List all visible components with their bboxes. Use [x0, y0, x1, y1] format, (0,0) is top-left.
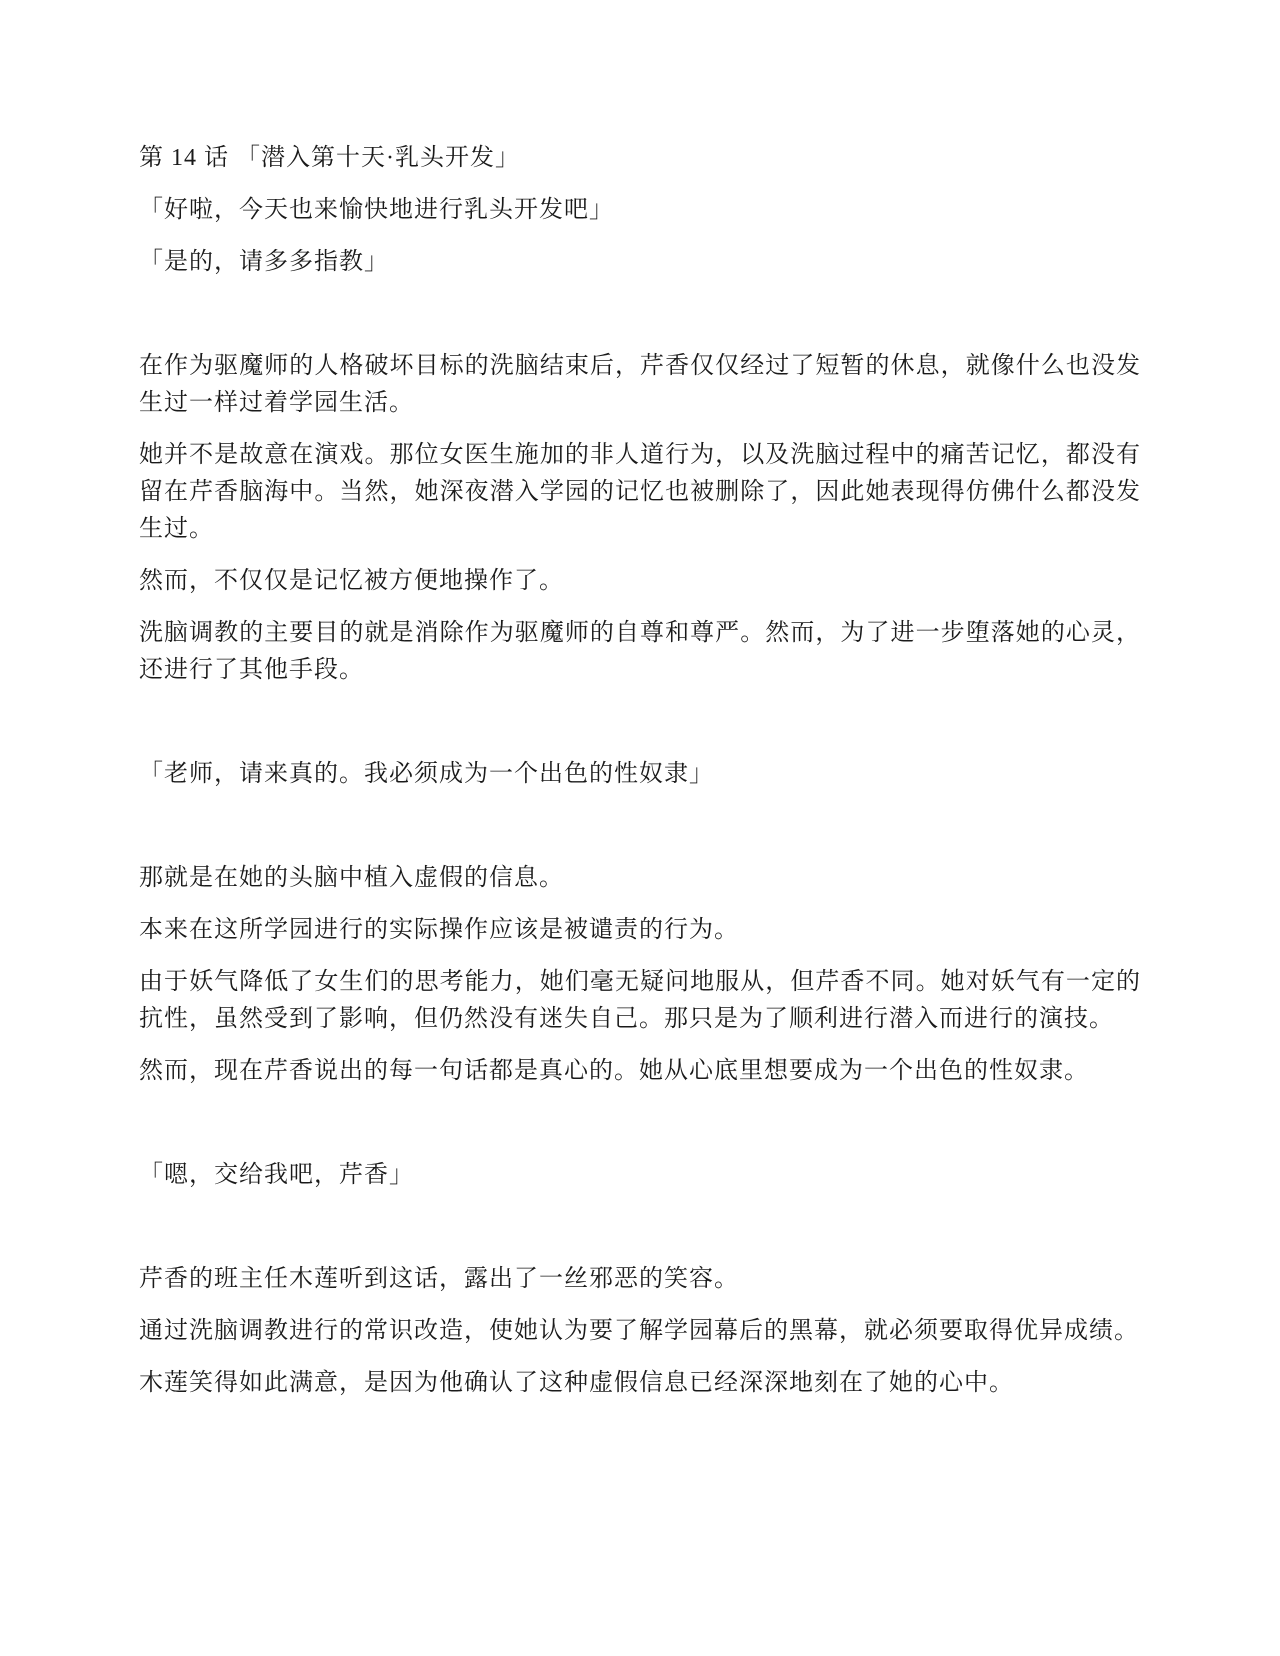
dialogue-line: 「嗯，交给我吧，芹香」: [139, 1157, 1141, 1194]
narration-paragraph: 她并不是故意在演戏。那位女医生施加的非人道行为，以及洗脑过程中的痛苦记忆，都没有…: [139, 437, 1141, 548]
narration-paragraph: 芹香的班主任木莲听到这话，露出了一丝邪恶的笑容。: [139, 1261, 1141, 1298]
narration-paragraph: 那就是在她的头脑中植入虚假的信息。: [139, 860, 1141, 897]
narration-paragraph: 由于妖气降低了女生们的思考能力，她们毫无疑问地服从，但芹香不同。她对妖气有一定的…: [139, 964, 1141, 1038]
blank-line: [139, 808, 1141, 845]
narration-paragraph: 然而，不仅仅是记忆被方便地操作了。: [139, 563, 1141, 600]
blank-line: [139, 1105, 1141, 1142]
dialogue-line: 「是的，请多多指教」: [139, 244, 1141, 281]
blank-line: [139, 704, 1141, 741]
blank-line: [139, 1209, 1141, 1246]
narration-paragraph: 然而，现在芹香说出的每一句话都是真心的。她从心底里想要成为一个出色的性奴隶。: [139, 1053, 1141, 1090]
dialogue-line: 「老师，请来真的。我必须成为一个出色的性奴隶」: [139, 756, 1141, 793]
document-body: 第 14 话 「潜入第十天·乳头开发」「好啦，今天也来愉快地进行乳头开发吧」「是…: [139, 140, 1141, 1402]
dialogue-line: 「好啦，今天也来愉快地进行乳头开发吧」: [139, 192, 1141, 229]
narration-paragraph: 木莲笑得如此满意，是因为他确认了这种虚假信息已经深深地刻在了她的心中。: [139, 1365, 1141, 1402]
narration-paragraph: 在作为驱魔师的人格破坏目标的洗脑结束后，芹香仅仅经过了短暂的休息，就像什么也没发…: [139, 348, 1141, 422]
narration-paragraph: 通过洗脑调教进行的常识改造，使她认为要了解学园幕后的黑幕，就必须要取得优异成绩。: [139, 1313, 1141, 1350]
blank-line: [139, 296, 1141, 333]
narration-paragraph: 洗脑调教的主要目的就是消除作为驱魔师的自尊和尊严。然而，为了进一步堕落她的心灵，…: [139, 615, 1141, 689]
document-page: 第 14 话 「潜入第十天·乳头开发」「好啦，今天也来愉快地进行乳头开发吧」「是…: [0, 0, 1280, 1656]
chapter-title: 第 14 话 「潜入第十天·乳头开发」: [139, 140, 1141, 177]
narration-paragraph: 本来在这所学园进行的实际操作应该是被谴责的行为。: [139, 912, 1141, 949]
